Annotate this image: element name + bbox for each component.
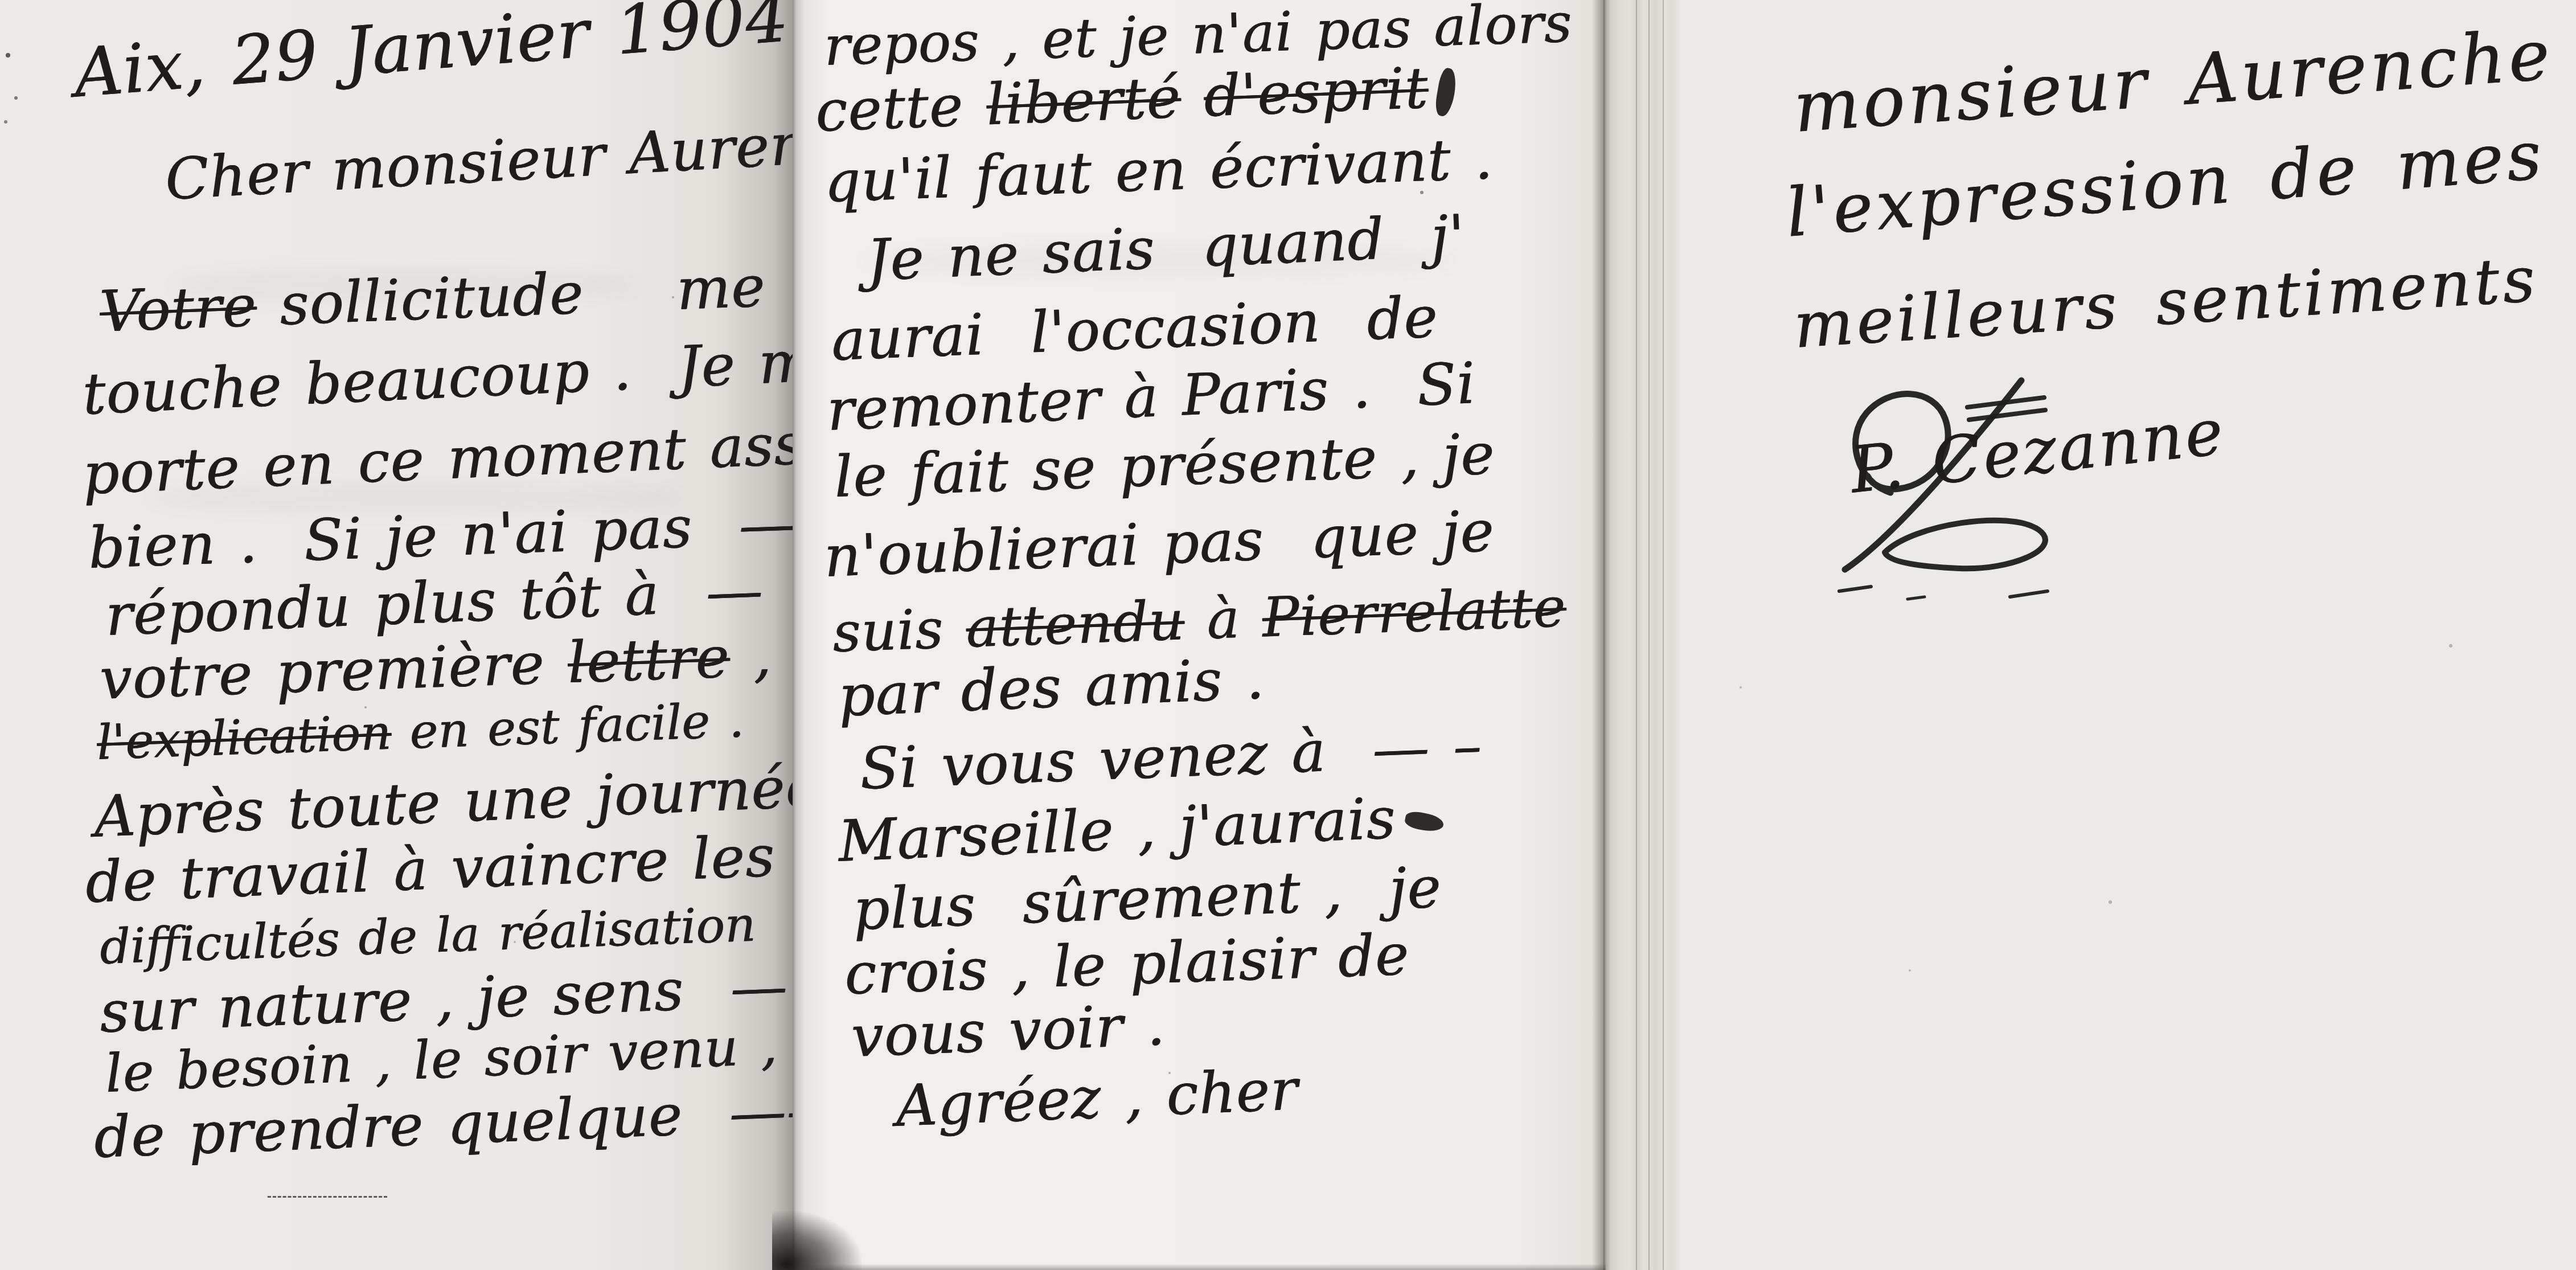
- page-corner-shadow: [772, 1211, 862, 1270]
- page-bottom-shadow: [799, 1264, 1606, 1270]
- letter-line: qu'il faut en écrivant .: [823, 130, 1494, 211]
- date-line: Aix, 29 Janvier 1904.: [71, 0, 813, 107]
- book-gutter-page-edges: [1603, 0, 1680, 1270]
- letter-page-3: monsieur Aurenche ,l'expression de mesme…: [1680, 0, 2576, 1270]
- page-edge-line: [1648, 0, 1650, 1270]
- page-edge-line: [1636, 0, 1637, 1270]
- closing-line: Agréez , cher: [895, 1061, 1299, 1135]
- letter-line: crois , le plaisir de: [843, 926, 1410, 1003]
- letter-line: Votre sollicitude me: [99, 258, 766, 341]
- letter-line: n'oublierai pas que je: [823, 503, 1495, 585]
- letter-page-1: Aix, 29 Janvier 1904.Cher monsieur Auren…: [0, 0, 793, 1270]
- ink-blot: [1433, 67, 1458, 117]
- letter-line: touche beaucoup . Je me: [81, 331, 848, 423]
- letter-photograph: Aix, 29 Janvier 1904.Cher monsieur Auren…: [0, 0, 2576, 1270]
- page-edge-line: [1663, 0, 1664, 1270]
- letter-line: Je ne sais quand j': [865, 207, 1466, 289]
- ink-blot: [1404, 810, 1445, 834]
- paper-specks: [0, 0, 2, 2]
- underline-mark: [268, 1196, 387, 1198]
- letter-line: par des amis .: [837, 650, 1265, 725]
- letter-page-2: repos , et je n'ai pas alorscette libert…: [793, 0, 1603, 1270]
- letter-line: porte en ce moment assez: [81, 413, 869, 503]
- closing-line: meilleurs sentiments ,: [1792, 244, 2576, 357]
- letter-line: vous voir .: [850, 997, 1166, 1066]
